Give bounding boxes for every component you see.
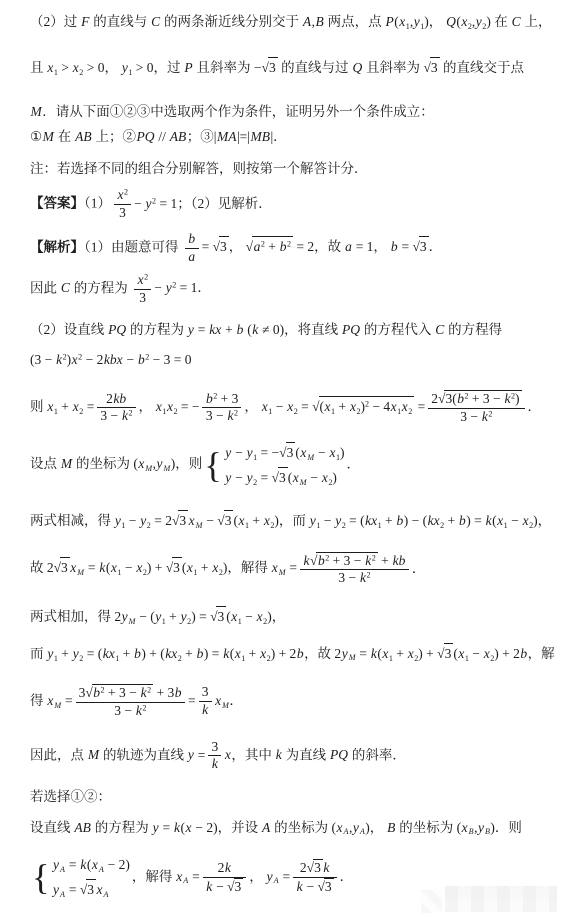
radical: √3 (262, 57, 278, 78)
subtract-line: 两式相减，得 y1 − y2 = 2√3xM − √3(x1 + x2)，而 y… (30, 510, 557, 531)
choose-12-line: 若选择①②： (30, 787, 557, 807)
radical: √b2 + 3 − k2 (85, 684, 153, 702)
analysis-line1: 【解析】（1）由题意可得 ba= √3， √a2 + b2 = 2，故 a = … (30, 231, 557, 266)
radical: √3 (54, 557, 70, 578)
analysis-line2: 因此 C 的方程为 x23− y2 = 1． (30, 272, 557, 307)
document-body: （2）过 F 的直线与 C 的两条渐近线分别交于 A,B 两点，点 P(x1,y… (30, 12, 557, 900)
vieta-line: 则 x1 + x2 =2kb3 − k2， x1x2 = −b2 + 33 − … (30, 390, 557, 426)
radical: √3 (80, 879, 96, 900)
radical: √3 (423, 57, 439, 78)
sum-line: 而 y1 + y2 = (kx1 + b) + (kx2 + b) = k(x1… (30, 643, 557, 664)
radical: √a2 + b2 (246, 236, 293, 257)
part2-setup-line: （2）设直线 PQ 的方程为 y = kx + b (k ≠ 0)，将直线 PQ… (30, 320, 557, 340)
radical: √3 (172, 510, 188, 531)
solve-xm-line: 故 2√3xM = k(x1 − x2) + √3(x1 + x2)，解得 xM… (30, 552, 557, 588)
point-m-system-line: 设点 M 的坐标为 (xM,yM)，则{y − y1 = −√3(xM − x1… (30, 442, 557, 489)
math-fraction: 3√b2 + 3 − k2 + 3b3 − k2 (76, 684, 185, 720)
radical: √3 (412, 236, 428, 257)
ab-setup-line: 设直线 AB 的方程为 y = k(x − 2)，并设 A 的坐标为 (xA,y… (30, 818, 557, 838)
math-cases: {y − y1 = −√3(xM − x1)y − y2 = √3(xM − x… (204, 442, 344, 489)
radical: √3 (272, 467, 288, 488)
quadratic-equation-line: (3 − k2)x2 − 2kbx − b2 − 3 = 0 (30, 350, 557, 370)
math-fraction: 2√3kk − √3 (293, 859, 337, 896)
left-brace: { (204, 450, 222, 481)
document-page: （2）过 F 的直线与 C 的两条渐近线分别交于 A,B 两点，点 P(x1,y… (0, 0, 565, 923)
locus-line: 因此，点 M 的轨迹为直线 y =3kx，其中 k 为直线 PQ 的斜率． (30, 739, 557, 774)
radical: √3 (279, 442, 295, 463)
radical: √3 (210, 606, 226, 627)
left-brace: { (32, 862, 50, 893)
math-fraction: k√b2 + 3 − k2 + kb3 − k2 (300, 552, 409, 588)
radical: √3 (227, 878, 243, 896)
radical: √(x1 + x2)2 − 4x1x2 (312, 396, 414, 417)
problem-part2-line1: （2）过 F 的直线与 C 的两条渐近线分别交于 A,B 两点，点 P(x1,y… (30, 12, 557, 32)
problem-part2-line2: 且 x1 > x2 > 0， y1 > 0，过 P 且斜率为 −√3 的直线与过… (30, 57, 557, 78)
radical: √3 (166, 557, 182, 578)
math-fraction: 2kk − √3 (203, 860, 247, 896)
math-fraction: b2 + 33 − k2 (202, 391, 241, 426)
answer-line: 【答案】（1）x23− y2 = 1；（2）见解析． (30, 187, 557, 222)
radical: √3 (217, 510, 233, 531)
watermark-mosaic (445, 886, 557, 912)
radical: √3 (307, 859, 323, 877)
note-line: 注：若选择不同的组合分别解答，则按第一个解答计分． (30, 159, 557, 179)
add-line: 两式相加，得 2yM − (y1 + y2) = √3(x1 − x2)， (30, 606, 557, 627)
section-header: 【解析】 (30, 239, 84, 254)
math-fraction: x23 (114, 187, 131, 222)
math-cases: {yA = k(xA − 2)yA = √3xA (32, 855, 130, 901)
math-fraction: ba (185, 231, 199, 266)
radical: √b2 + 3 − k2 (310, 552, 378, 570)
conditions-line: ①M 在 AB 上；②PQ // AB；③|MA|=|MB|． (30, 127, 557, 147)
radical: √3(b2 + 3 − k2) (438, 390, 522, 408)
radical: √3 (437, 643, 453, 664)
section-header: 【答案】 (30, 196, 84, 211)
math-fraction: x23 (134, 272, 151, 307)
math-fraction: 3k (199, 684, 212, 719)
radical: √3 (317, 878, 333, 896)
solve-ym-line: 得 xM =3√b2 + 3 − k2 + 3b3 − k2=3kxM． (30, 684, 557, 720)
radical: √3 (213, 236, 229, 257)
math-fraction: 2kb3 − k2 (97, 391, 135, 426)
math-fraction: 3k (208, 739, 221, 774)
problem-part2-line3: M．请从下面①②③中选取两个作为条件，证明另外一个条件成立： (30, 102, 557, 122)
math-fraction: 2√3(b2 + 3 − k2)3 − k2 (428, 390, 524, 426)
